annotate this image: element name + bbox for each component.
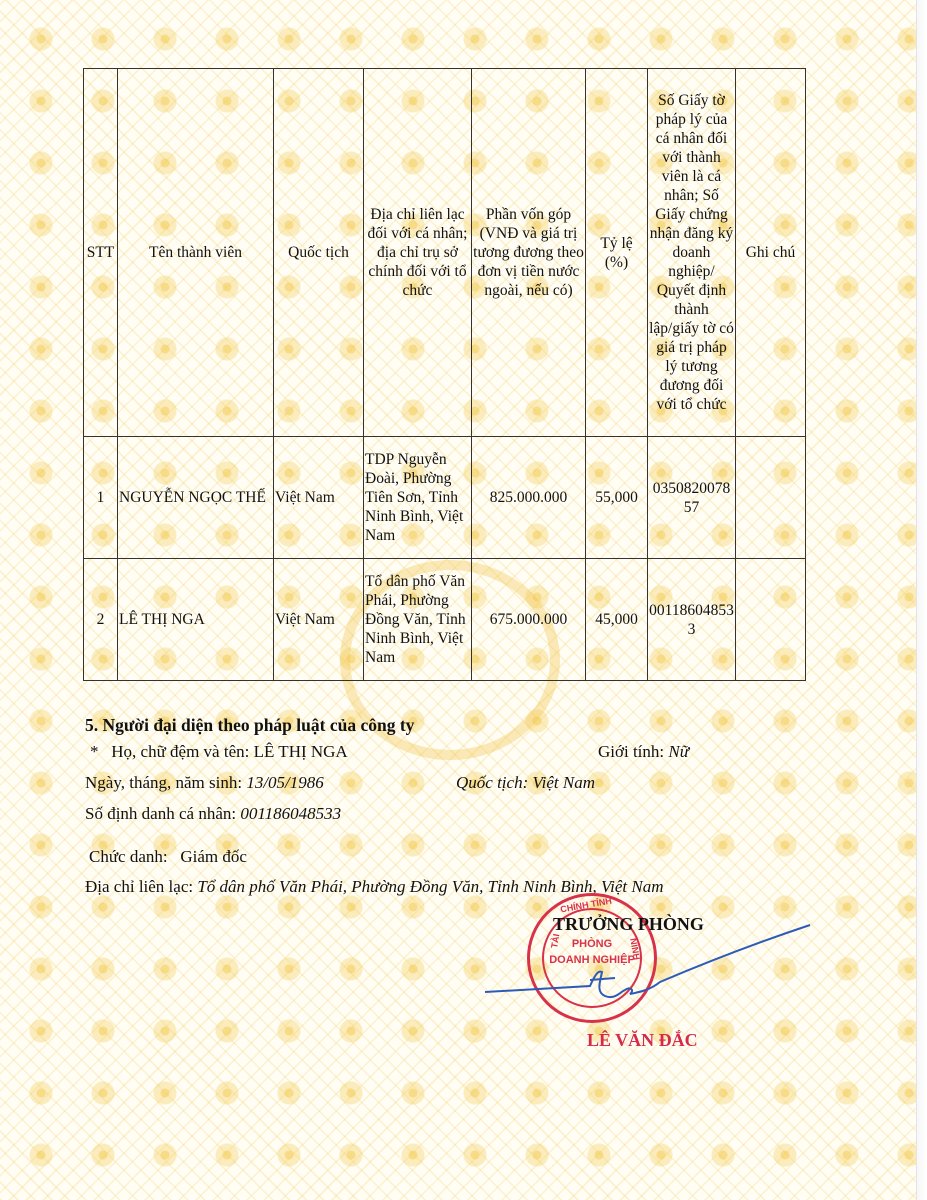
cell-stt: 1 — [84, 437, 118, 559]
id-line: Số định danh cá nhân: 001186048533 — [85, 803, 341, 825]
page-edge — [916, 0, 927, 1200]
header-capital: Phần vốn góp (VNĐ và giá trị tương đương… — [472, 69, 586, 437]
cell-note — [736, 437, 806, 559]
header-stt: STT — [84, 69, 118, 437]
address-label: Địa chỉ liên lạc: — [85, 877, 193, 896]
title-line: Chức danh: Giám đốc — [89, 846, 247, 868]
section-heading: 5. Người đại diện theo pháp luật của côn… — [85, 714, 414, 736]
cell-member-name: LÊ THỊ NGA — [118, 559, 274, 681]
cell-id-number: 001186048533 — [648, 559, 736, 681]
dob-value: 13/05/1986 — [246, 773, 323, 792]
header-legal-document: Số Giấy tờ pháp lý của cá nhân đối với t… — [648, 69, 736, 437]
cell-ratio: 55,000 — [586, 437, 648, 559]
dob-label: Ngày, tháng, năm sinh: — [85, 773, 242, 792]
cell-nationality: Việt Nam — [274, 559, 364, 681]
gender-line: Giới tính: Nữ — [598, 741, 689, 763]
dob-line: Ngày, tháng, năm sinh: 13/05/1986 — [85, 772, 324, 794]
header-member-name: Tên thành viên — [118, 69, 274, 437]
table-row: 2 LÊ THỊ NGA Việt Nam Tổ dân phố Văn Phá… — [84, 559, 806, 681]
header-note: Ghi chú — [736, 69, 806, 437]
title-label: Chức danh: — [89, 847, 168, 866]
representative-name-line: * Họ, chữ đệm và tên: LÊ THỊ NGA — [90, 741, 348, 763]
id-value: 001186048533 — [240, 804, 341, 823]
cell-capital: 675.000.000 — [472, 559, 586, 681]
header-nationality: Quốc tịch — [274, 69, 364, 437]
title-value: Giám đốc — [180, 847, 247, 866]
header-ratio: Tỷ lệ (%) — [586, 69, 648, 437]
bullet-icon: * — [90, 742, 99, 761]
nationality-line: Quốc tịch: Việt Nam — [456, 772, 595, 794]
cell-member-name: NGUYỄN NGỌC THẾ — [118, 437, 274, 559]
cell-address: Tổ dân phố Văn Phái, Phường Đồng Văn, Tỉ… — [364, 559, 472, 681]
signer-name: LÊ VĂN ĐẮC — [587, 1030, 698, 1051]
gender-value: Nữ — [668, 742, 689, 761]
cell-note — [736, 559, 806, 681]
header-address: Địa chỉ liên lạc đối với cá nhân; địa ch… — [364, 69, 472, 437]
name-label: Họ, chữ đệm và tên: — [111, 742, 249, 761]
cell-id-number: 035082007857 — [648, 437, 736, 559]
nationality-value: Việt Nam — [532, 773, 594, 792]
cell-address: TDP Nguyễn Đoài, Phường Tiên Sơn, Tỉnh N… — [364, 437, 472, 559]
cell-ratio: 45,000 — [586, 559, 648, 681]
name-value: LÊ THỊ NGA — [254, 742, 348, 761]
handwritten-signature — [480, 920, 820, 1020]
cell-stt: 2 — [84, 559, 118, 681]
cell-nationality: Việt Nam — [274, 437, 364, 559]
table-row: 1 NGUYỄN NGỌC THẾ Việt Nam TDP Nguyễn Đo… — [84, 437, 806, 559]
members-table: STT Tên thành viên Quốc tịch Địa chỉ liê… — [83, 68, 806, 681]
id-label: Số định danh cá nhân: — [85, 804, 236, 823]
cell-capital: 825.000.000 — [472, 437, 586, 559]
gender-label: Giới tính: — [598, 742, 664, 761]
table-header-row: STT Tên thành viên Quốc tịch Địa chỉ liê… — [84, 69, 806, 437]
nationality-label: Quốc tịch: — [456, 773, 528, 792]
